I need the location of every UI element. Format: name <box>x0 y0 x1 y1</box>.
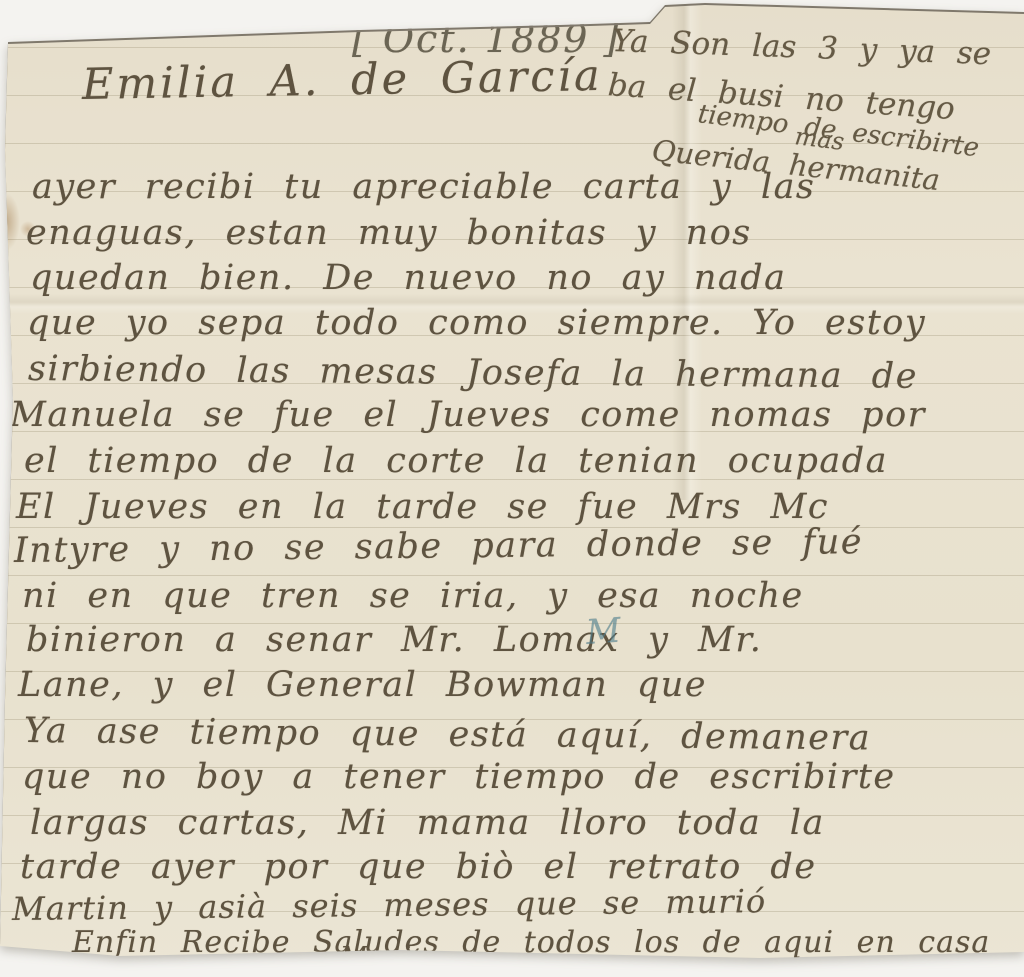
letter-line: tarde ayer por que biò el retrato de <box>20 850 817 885</box>
letter-line: largas cartas, Mi mama lloro toda la <box>30 806 825 841</box>
letter-line: enaguas, estan muy bonitas y nos <box>26 216 752 251</box>
letter-line: El Jueves en la tarde se fue Mrs Mc <box>16 490 829 525</box>
corner-note-line: Ya Son las 3 y ya se <box>611 26 991 70</box>
salutation: Emilia A. de García <box>82 55 603 107</box>
letter-paper: [ Oct. 1889 ] Ya Son las 3 y ya se ba el… <box>0 0 1024 977</box>
paper-shadow: [ Oct. 1889 ] Ya Son las 3 y ya se ba el… <box>0 0 1024 977</box>
letter-line: quedan bien. De nuevo no ay nada <box>30 261 787 296</box>
blue-ink-mark: M <box>585 614 622 650</box>
letter-line: Manuela se fue el Jueves come nomas por <box>10 398 926 433</box>
letter-line: Ya ase tiempo que está aquí, demanera <box>24 714 871 756</box>
letter-line: que no boy a tener tiempo de escribirte <box>22 760 896 795</box>
letter-line: binieron a senar Mr. Lomax y Mr. <box>26 623 762 658</box>
letter-line: el tiempo de la corte la tenian ocupada <box>24 444 888 479</box>
closing-line: Enfin Recibe Saludes de todos los de aqu… <box>72 928 990 958</box>
letter-line: que yo sepa todo como siempre. Yo estoy <box>27 306 926 341</box>
letter-line: sirbiendo las mesas Josefa la hermana de <box>28 352 918 395</box>
scan-background: [ Oct. 1889 ] Ya Son las 3 y ya se ba el… <box>0 0 1024 977</box>
letter-line: Intyre y no se sabe para donde se fué <box>14 525 863 569</box>
letter-line: Martin y asià seis meses que se murió <box>12 885 766 925</box>
letter-line: ni en que tren se iria, y esa noche <box>22 579 804 614</box>
letter-line: Lane, y el General Bowman que <box>18 668 707 703</box>
signature: Maria <box>340 944 431 971</box>
letter-line: ayer recibi tu apreciable carta y las <box>32 170 815 205</box>
paper-stain <box>0 193 20 251</box>
